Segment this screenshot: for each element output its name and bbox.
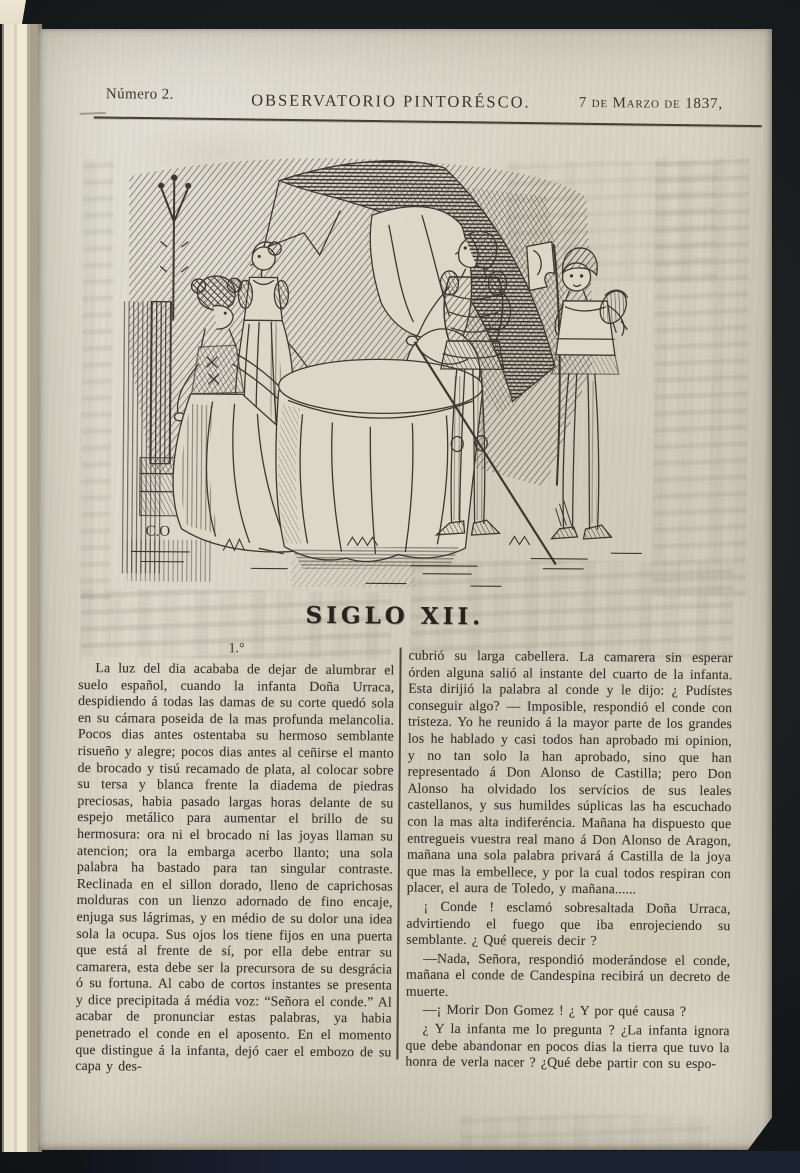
showthrough-text [652, 158, 749, 597]
header-rule [94, 116, 762, 127]
left-column: La luz del dia acababa de dejar de alumb… [75, 660, 394, 1079]
book-edge-pages [0, 24, 42, 1152]
scan-bottom-shadow [84, 1151, 800, 1173]
engraving-illustration: C.O [111, 151, 654, 598]
section-number: 1.° [79, 640, 395, 658]
paragraph: ¿ Y la infanta me lo pregunta ? ¿La infa… [405, 1021, 729, 1073]
paragraph: ¡ Conde ! esclamó sobresaltada Doña Urra… [406, 899, 730, 951]
showthrough-text [460, 1114, 710, 1156]
paragraph: —Nada, Señora, respondió moderándose el … [406, 950, 730, 1002]
showthrough-text [80, 159, 113, 599]
paragraph: cubrió su larga cabellera. La camarera s… [407, 648, 733, 899]
article-title: SIGLO XII. [28, 600, 762, 633]
paragraph: —¡ Morir Don Gomez ! ¿ Y por qué causa ? [406, 1002, 730, 1021]
engraver-signature: C.O [145, 524, 170, 540]
document-page: Número 2. OBSERVATORIO PINTORÉSCO. 7 de … [38, 29, 772, 1150]
column-divider [396, 648, 401, 1060]
page-content: Número 2. OBSERVATORIO PINTORÉSCO. 7 de … [30, 29, 773, 1156]
paragraph: La luz del dia acababa de dejar de alumb… [75, 660, 394, 1077]
issue-date: 7 de Marzo de 1837, [579, 95, 723, 113]
right-column: cubrió su larga cabellera. La camarera s… [405, 648, 732, 1075]
